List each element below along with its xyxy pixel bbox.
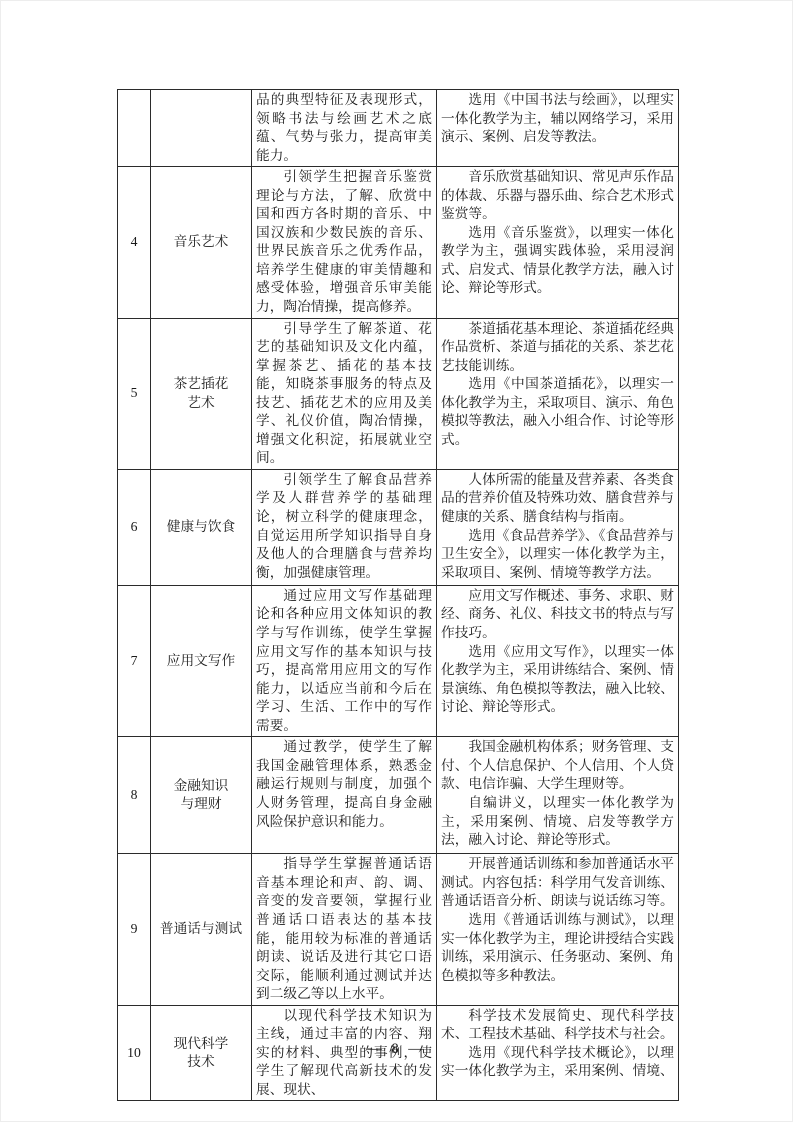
table-row-continuation: 品的典型特征及表现形式，领略书法与绘画艺术之底蕴、气势与张力，提高审美能力。 选… [118, 90, 679, 167]
objective-text: 通过应用文写作基础理论和各种应用文体知识的教学与写作训练，使学生掌握应用文写作的… [256, 587, 432, 735]
course-content-cell: 应用文写作概述、事务、求职、财经、商务、礼仪、科技文书的特点与写作技巧。 选用《… [437, 585, 679, 736]
document-page: 品的典型特征及表现形式，领略书法与绘画艺术之底蕴、气势与张力，提高审美能力。 选… [0, 0, 793, 1122]
course-content-cell: 茶道插花基本理论、茶道插花经典作品赏析、茶道与插花的关系、茶艺花艺技能训练。 选… [437, 318, 679, 469]
table-row: 4 音乐艺术 引领学生把握音乐鉴赏理论与方法，了解、欣赏中国和西方各时期的音乐、… [118, 167, 679, 318]
course-content-cell: 选用《中国书法与绘画》，以理实一体化教学为主，辅以网络学习，采用演示、案例、启发… [437, 90, 679, 167]
course-name-cell: 金融知识 与理财 [151, 737, 252, 854]
course-content-cell: 音乐欣赏基础知识、常见声乐作品的体裁、乐器与器乐曲、综合艺术形式鉴赏等。 选用《… [437, 167, 679, 318]
content-text: 选用《中国茶道插花》，以理实一体化教学为主，采取项目、演示、角色模拟等教法，融入… [441, 375, 674, 449]
objective-text: 引导学生了解茶道、花艺的基础知识及文化内蕴，掌握茶艺、插花的基本技能，知晓茶事服… [256, 320, 432, 468]
course-name-cell: 茶艺插花 艺术 [151, 318, 252, 469]
course-objective-cell: 引领学生了解食品营养学及人群营养学的基础理论，树立科学的健康理念，自觉运用所学知… [252, 469, 437, 585]
row-number-cell: 4 [118, 167, 151, 318]
course-name-cell [151, 90, 252, 167]
course-objective-cell: 通过教学，使学生了解我国金融管理体系，熟悉金融运行规则与制度，加强个人财务管理，… [252, 737, 437, 854]
content-text: 音乐欣赏基础知识、常见声乐作品的体裁、乐器与器乐曲、综合艺术形式鉴赏等。 [441, 168, 674, 224]
course-name-cell: 音乐艺术 [151, 167, 252, 318]
row-number-cell: 5 [118, 318, 151, 469]
table-row: 9 普通话与测试 指导学生掌握普通话语音基本理论和声、韵、调、音变的发音要领，掌… [118, 854, 679, 1005]
course-objective-cell: 通过应用文写作基础理论和各种应用文体知识的教学与写作训练，使学生掌握应用文写作的… [252, 585, 437, 736]
content-text: 选用《应用文写作》，以理实一体化教学为主，采用讲练结合、案例、情景演练、角色模拟… [441, 643, 674, 717]
objective-text: 品的典型特征及表现形式，领略书法与绘画艺术之底蕴、气势与张力，提高审美能力。 [256, 91, 432, 165]
content-text: 选用《音乐鉴赏》，以理实一体化教学为主，强调实践体验，采用浸润式、启发式、情景化… [441, 224, 674, 298]
row-number-cell: 9 [118, 854, 151, 1005]
objective-text: 引领学生了解食品营养学及人群营养学的基础理论，树立科学的健康理念，自觉运用所学知… [256, 471, 432, 582]
course-table: 品的典型特征及表现形式，领略书法与绘画艺术之底蕴、气势与张力，提高审美能力。 选… [117, 89, 679, 1101]
course-name-cell: 普通话与测试 [151, 854, 252, 1005]
course-name-cell: 健康与饮食 [151, 469, 252, 585]
content-text: 我国金融机构体系；财务管理、支付、个人信息保护、个人信用、个人贷款、电信诈骗、大… [441, 738, 674, 794]
row-number-cell: 6 [118, 469, 151, 585]
course-objective-cell: 品的典型特征及表现形式，领略书法与绘画艺术之底蕴、气势与张力，提高审美能力。 [252, 90, 437, 167]
content-text: 应用文写作概述、事务、求职、财经、商务、礼仪、科技文书的特点与写作技巧。 [441, 587, 674, 643]
content-text: 选用《中国书法与绘画》，以理实一体化教学为主，辅以网络学习，采用演示、案例、启发… [441, 91, 674, 147]
content-text: 选用《普通话训练与测试》，以理实一体化教学为主，理论讲授结合实践训练，采用演示、… [441, 911, 674, 985]
table-row: 6 健康与饮食 引领学生了解食品营养学及人群营养学的基础理论，树立科学的健康理念… [118, 469, 679, 585]
objective-text: 引领学生把握音乐鉴赏理论与方法，了解、欣赏中国和西方各时期的音乐、中国汉族和少数… [256, 168, 432, 316]
objective-text: 指导学生掌握普通话语音基本理论和声、韵、调、音变的发音要领，掌握行业普通话口语表… [256, 855, 432, 1003]
row-number-cell: 7 [118, 585, 151, 736]
page-number: — 8 — [1, 1041, 792, 1058]
row-number-cell [118, 90, 151, 167]
course-objective-cell: 引领学生把握音乐鉴赏理论与方法，了解、欣赏中国和西方各时期的音乐、中国汉族和少数… [252, 167, 437, 318]
content-text: 茶道插花基本理论、茶道插花经典作品赏析、茶道与插花的关系、茶艺花艺技能训练。 [441, 320, 674, 376]
course-content-cell: 人体所需的能量及营养素、各类食品的营养价值及特殊功效、膳食营养与健康的关系、膳食… [437, 469, 679, 585]
course-name-cell: 应用文写作 [151, 585, 252, 736]
course-objective-cell: 指导学生掌握普通话语音基本理论和声、韵、调、音变的发音要领，掌握行业普通话口语表… [252, 854, 437, 1005]
content-text: 自编讲义，以理实一体化教学为主，采用案例、情境、启发等教学方法，融入讨论、辩论等… [441, 794, 674, 850]
content-text: 科学技术发展简史、现代科学技术、工程技术基础、科学技术与社会。 [441, 1007, 674, 1044]
content-text: 选用《食品营养学》、《食品营养与卫生安全》，以理实一体化教学为主，采取项目、案例… [441, 527, 674, 583]
objective-text: 通过教学，使学生了解我国金融管理体系，熟悉金融运行规则与制度，加强个人财务管理，… [256, 738, 432, 831]
content-text: 开展普通话训练和参加普通话水平测试。内容包括：科学用气发音训练、普通话语音分析、… [441, 855, 674, 911]
course-objective-cell: 引导学生了解茶道、花艺的基础知识及文化内蕴，掌握茶艺、插花的基本技能，知晓茶事服… [252, 318, 437, 469]
course-content-cell: 我国金融机构体系；财务管理、支付、个人信息保护、个人信用、个人贷款、电信诈骗、大… [437, 737, 679, 854]
course-content-cell: 开展普通话训练和参加普通话水平测试。内容包括：科学用气发音训练、普通话语音分析、… [437, 854, 679, 1005]
row-number-cell: 8 [118, 737, 151, 854]
content-text: 人体所需的能量及营养素、各类食品的营养价值及特殊功效、膳食营养与健康的关系、膳食… [441, 471, 674, 527]
table-row: 5 茶艺插花 艺术 引导学生了解茶道、花艺的基础知识及文化内蕴，掌握茶艺、插花的… [118, 318, 679, 469]
table-row: 7 应用文写作 通过应用文写作基础理论和各种应用文体知识的教学与写作训练，使学生… [118, 585, 679, 736]
table-row: 8 金融知识 与理财 通过教学，使学生了解我国金融管理体系，熟悉金融运行规则与制… [118, 737, 679, 854]
